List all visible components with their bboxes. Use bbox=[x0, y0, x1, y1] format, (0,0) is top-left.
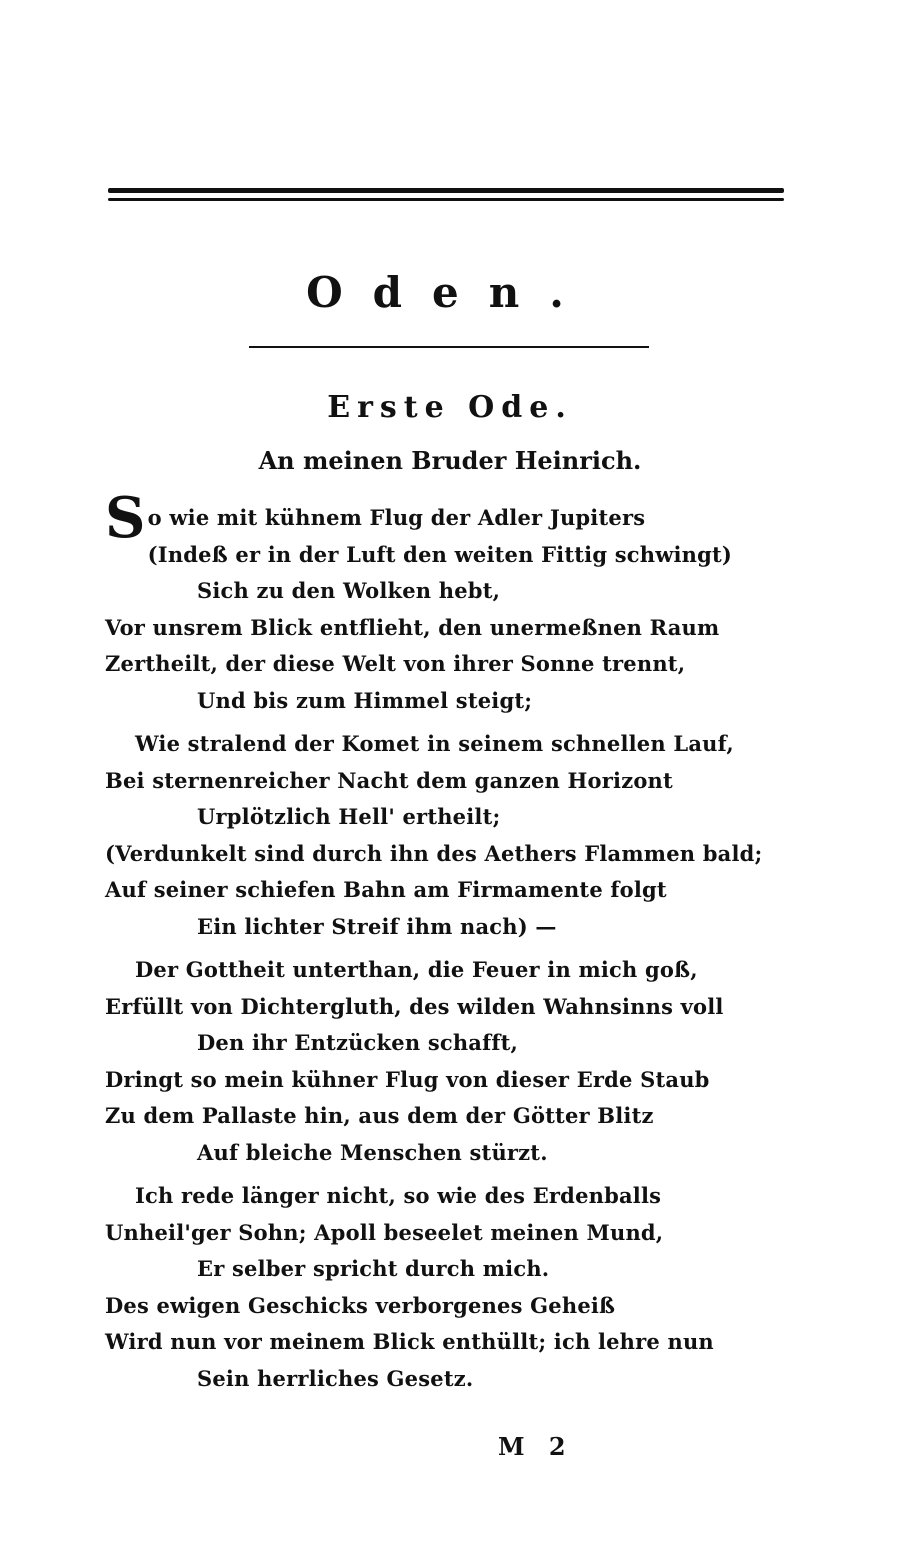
top-double-rule-thin bbox=[108, 198, 784, 201]
verse-line: Und bis zum Himmel steigt; bbox=[105, 683, 805, 720]
poem-body: So wie mit kühnem Flug der Adler Jupiter… bbox=[105, 500, 805, 1404]
top-double-rule-thick bbox=[108, 188, 784, 193]
ode-dedication: An meinen Bruder Heinrich. bbox=[0, 443, 900, 479]
verse-line: Er selber spricht durch mich. bbox=[105, 1251, 805, 1288]
verse-line: Wie stralend der Komet in seinem schnell… bbox=[105, 726, 805, 763]
verse-line: Den ihr Entzücken schafft, bbox=[105, 1025, 805, 1062]
book-page: Oden. Erste Ode. An meinen Bruder Heinri… bbox=[0, 0, 900, 1561]
stanza-1: So wie mit kühnem Flug der Adler Jupiter… bbox=[105, 500, 805, 719]
verse-line: (Indeß er in der Luft den weiten Fittig … bbox=[105, 537, 805, 574]
verse-line: Vor unsrem Blick entflieht, den unermeßn… bbox=[105, 610, 805, 647]
drop-cap: S bbox=[105, 494, 146, 542]
verse-line: (Verdunkelt sind durch ihn des Aethers F… bbox=[105, 836, 805, 873]
verse-line: Unheil'ger Sohn; Apoll beseelet meinen M… bbox=[105, 1215, 805, 1252]
verse-line: Sich zu den Wolken hebt, bbox=[105, 573, 805, 610]
section-divider-rule bbox=[249, 346, 649, 348]
verse-line: Dringt so mein kühner Flug von dieser Er… bbox=[105, 1062, 805, 1099]
verse-line: Des ewigen Geschicks verborgenes Geheiß bbox=[105, 1288, 805, 1325]
verse-line: Der Gottheit unterthan, die Feuer in mic… bbox=[105, 952, 805, 989]
stanza-2: Wie stralend der Komet in seinem schnell… bbox=[105, 726, 805, 945]
verse-line: Ein lichter Streif ihm nach) — bbox=[105, 909, 805, 946]
verse-line: Urplötzlich Hell' ertheilt; bbox=[105, 799, 805, 836]
verse-line: Wird nun vor meinem Blick enthüllt; ich … bbox=[105, 1324, 805, 1361]
verse-line: Ich rede länger nicht, so wie des Erdenb… bbox=[105, 1178, 805, 1215]
verse-line: Erfüllt von Dichtergluth, des wilden Wah… bbox=[105, 989, 805, 1026]
stanza-4: Ich rede länger nicht, so wie des Erdenb… bbox=[105, 1178, 805, 1397]
verse-line: Auf seiner schiefen Bahn am Firmamente f… bbox=[105, 872, 805, 909]
ode-title: Erste Ode. bbox=[0, 388, 900, 428]
section-title: Oden. bbox=[0, 268, 900, 318]
verse-line: Zu dem Pallaste hin, aus dem der Götter … bbox=[105, 1098, 805, 1135]
verse-line: Auf bleiche Menschen stürzt. bbox=[105, 1135, 805, 1172]
verse-line: Zertheilt, der diese Welt von ihrer Sonn… bbox=[105, 646, 805, 683]
verse-line: Sein herrliches Gesetz. bbox=[105, 1361, 805, 1398]
stanza-3: Der Gottheit unterthan, die Feuer in mic… bbox=[105, 952, 805, 1171]
printer-signature-mark: M 2 bbox=[498, 1432, 574, 1461]
verse-line: Bei sternenreicher Nacht dem ganzen Hori… bbox=[105, 763, 805, 800]
verse-line: So wie mit kühnem Flug der Adler Jupiter… bbox=[105, 500, 805, 537]
